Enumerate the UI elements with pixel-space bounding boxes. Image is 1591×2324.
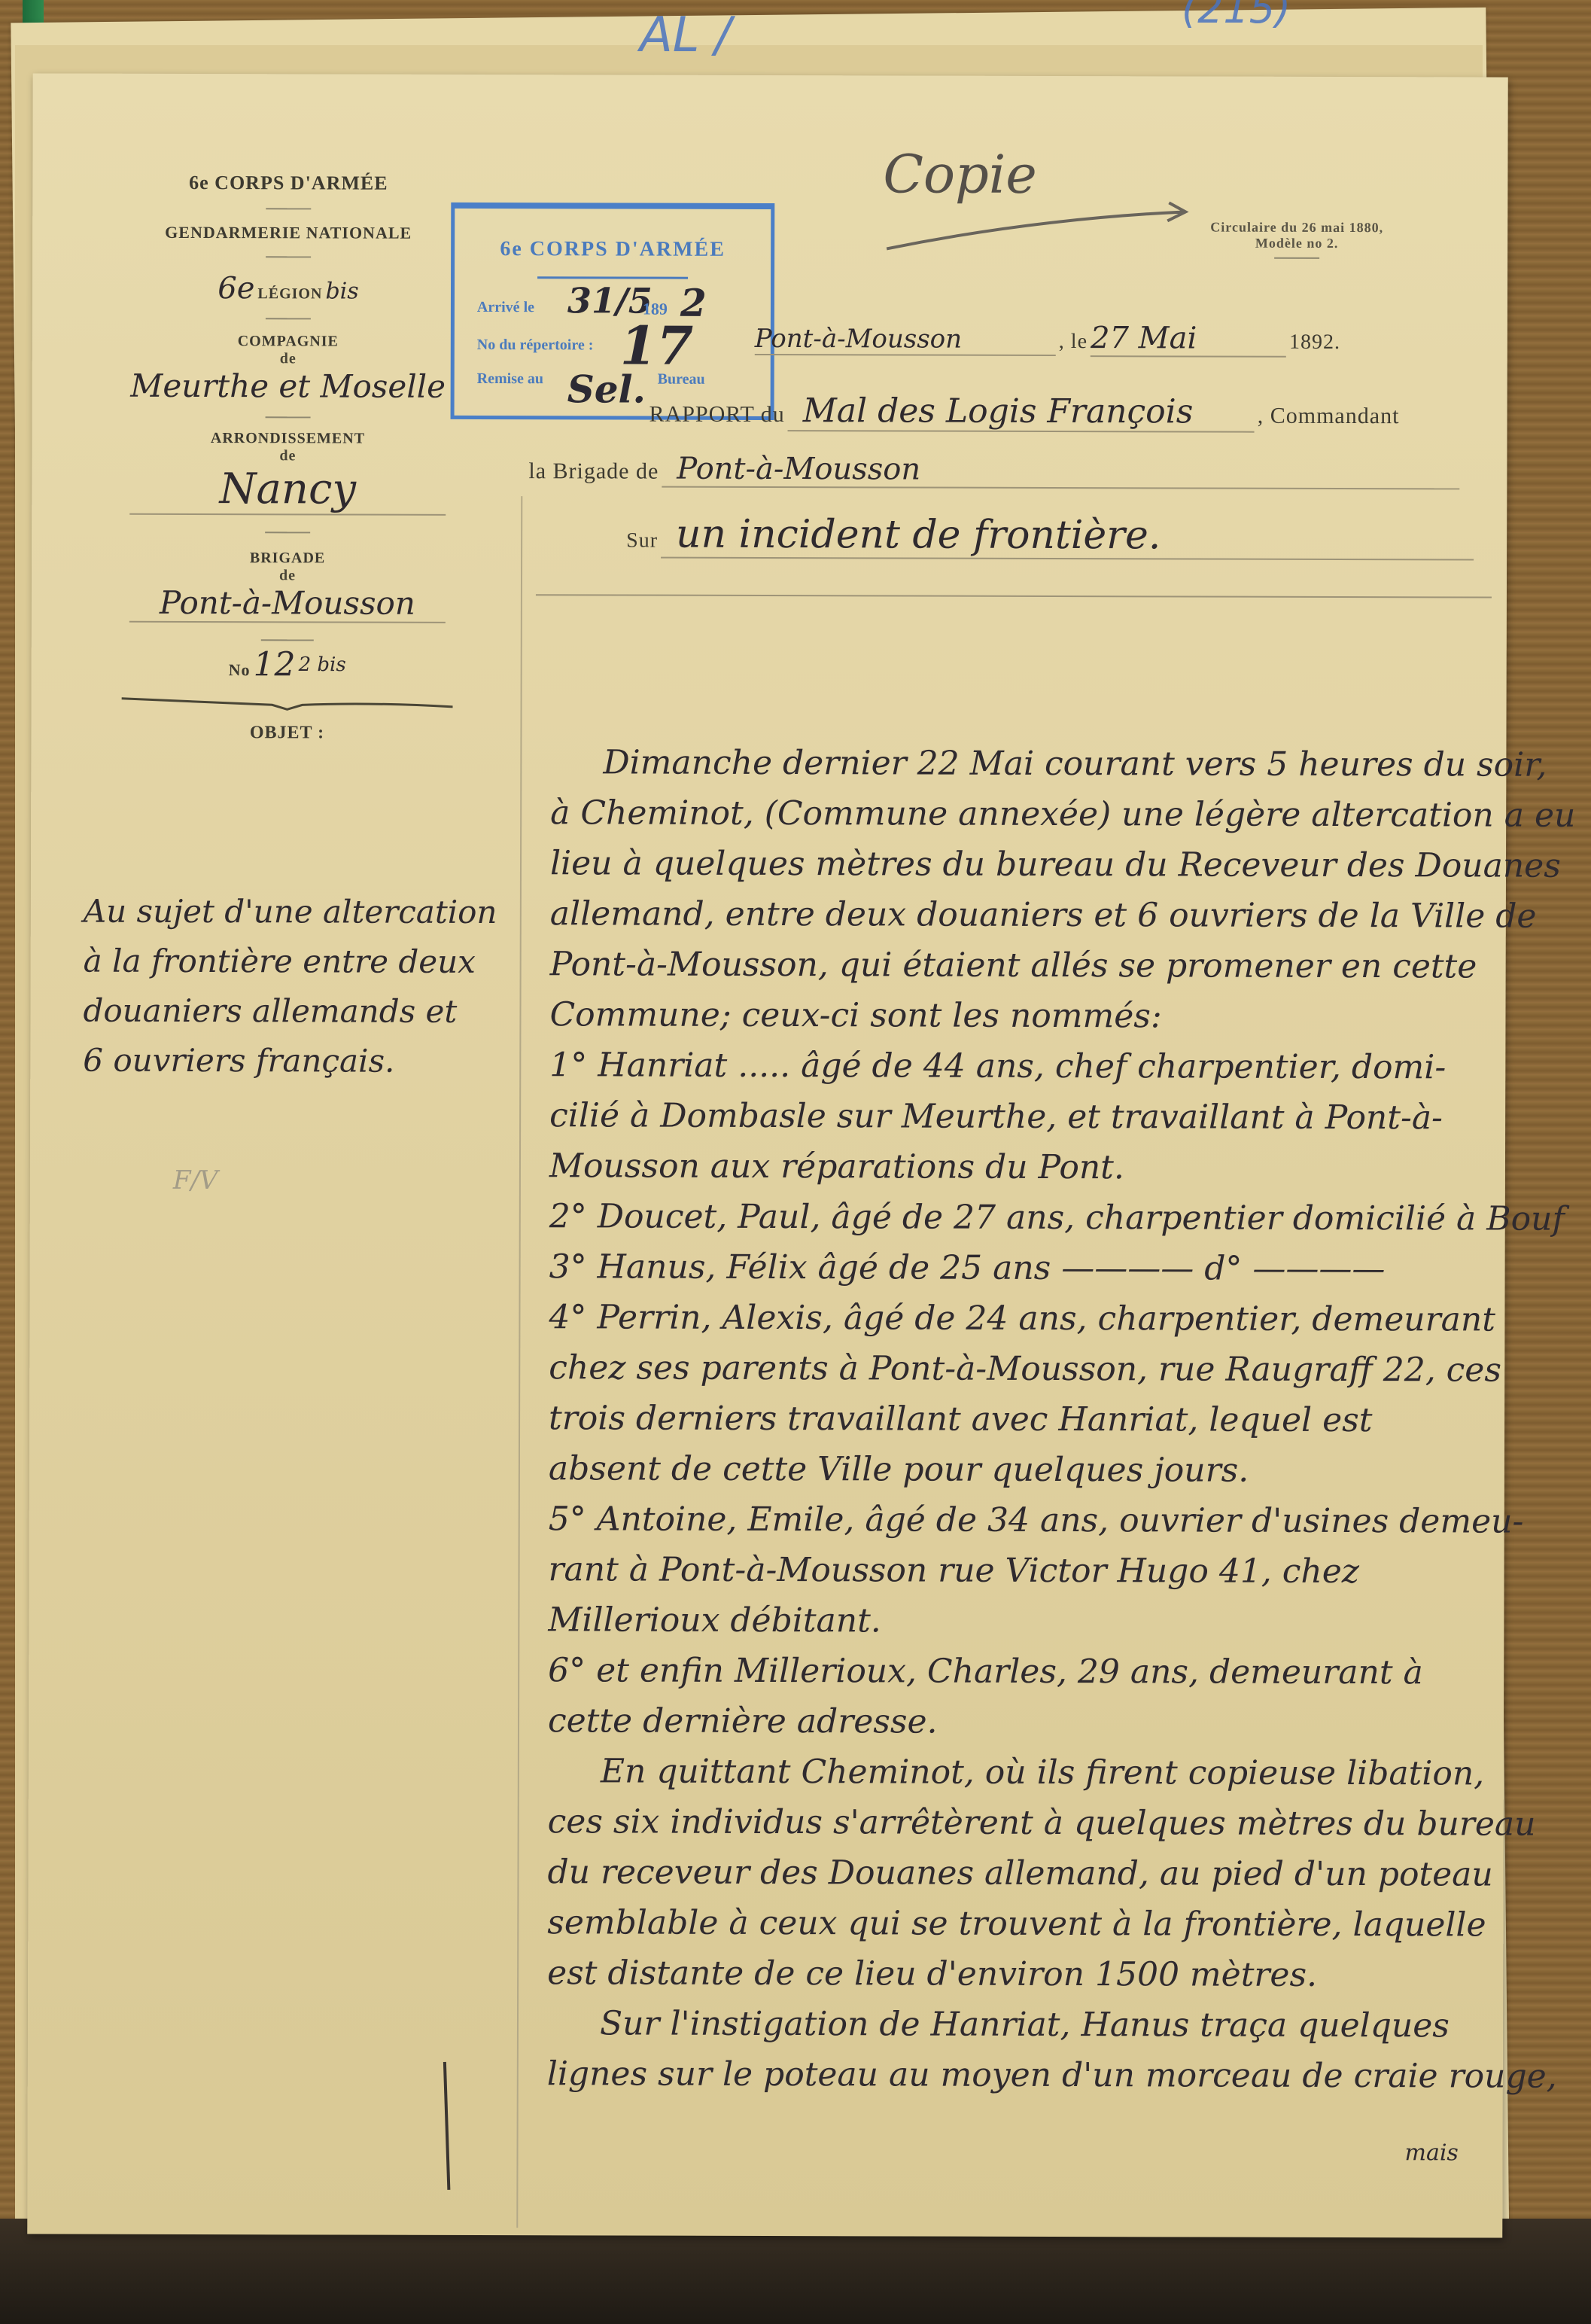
place-date-row: Pont-à-Mousson , le 27 Mai 1892. <box>755 320 1447 358</box>
stamp-remise-value: Sel. <box>567 367 646 411</box>
body-line: du receveur des Douanes allemand, au pie… <box>547 1847 1518 1899</box>
body-line: lignes sur le poteau au moyen d'un morce… <box>547 2048 1518 2101</box>
body-line: 4° Perrin, Alexis, âgé de 24 ans, charpe… <box>549 1292 1520 1345</box>
commandant-label: , Commandant <box>1258 404 1400 428</box>
compagnie-de: de <box>78 350 499 368</box>
divider <box>266 416 311 418</box>
blank-rule <box>536 594 1492 598</box>
arrondissement-label: ARRONDISSEMENT <box>77 430 498 448</box>
rapport-author: Mal des Logis François <box>788 391 1255 433</box>
circular-rule <box>1274 257 1319 259</box>
brigade-value: Pont-à-Mousson <box>129 584 446 623</box>
rapport-label: RAPPORT du <box>649 402 785 427</box>
corps-label: 6e CORPS D'ARMÉE <box>78 172 499 195</box>
brigade-row: la Brigade de Pont-à-Mousson <box>528 451 1492 489</box>
body-line: 5° Antoine, Emile, âgé de 34 ans, ouvrie… <box>549 1494 1520 1546</box>
divider <box>266 318 311 319</box>
body-line: En quittant Cheminot, où ils firent copi… <box>548 1746 1519 1799</box>
divider <box>261 639 314 641</box>
arrondissement-value: Nancy <box>129 464 446 516</box>
report-sheet: Copie Circulaire du 26 mai 1880, Modèle … <box>27 73 1508 2237</box>
body-line: Dimanche dernier 22 Mai courant vers 5 h… <box>550 737 1521 790</box>
number-suffix: 2 bis <box>299 653 346 676</box>
body-line: Commune; ceux-ci sont les nommés: <box>549 989 1520 1042</box>
blue-pencil-mark-right: (215) <box>1182 0 1291 32</box>
objet-label: OBJET : <box>76 723 497 744</box>
place-value: Pont-à-Mousson <box>755 324 1056 356</box>
body-line: trois derniers travaillant avec Hanriat,… <box>549 1393 1520 1445</box>
number-value: 12 <box>254 645 296 684</box>
rapport-subject: un incident de frontière. <box>661 512 1474 561</box>
brigade-label: BRIGADE <box>77 550 498 568</box>
margin-rule <box>516 496 522 2228</box>
legion-prefix: 6e <box>218 271 254 306</box>
legion-row: 6e LÉGION bis <box>78 271 499 311</box>
divider <box>266 256 311 257</box>
stamp-arrive-label: Arrivé le <box>477 299 534 316</box>
rapport-brigade-value: Pont-à-Mousson <box>662 452 1459 490</box>
objet-text: Au sujet d'une altercation à la frontièr… <box>83 887 520 1087</box>
catchword: mais <box>1404 2140 1458 2166</box>
objet-line: Au sujet d'une altercation <box>84 887 520 938</box>
rapport-brigade-label: la Brigade de <box>528 458 659 483</box>
divider <box>265 532 310 533</box>
number-label: No <box>229 660 251 679</box>
gendarmerie-label: GENDARMERIE NATIONALE <box>78 223 499 243</box>
sur-label: Sur <box>626 529 658 553</box>
body-line: Mousson aux réparations du Pont. <box>549 1141 1520 1193</box>
stamp-repertoire-label: No du répertoire : <box>477 337 594 354</box>
number-row: No 12 2 bis <box>77 645 498 684</box>
report-body: Dimanche dernier 22 Mai courant vers 5 h… <box>547 737 1522 2101</box>
body-line: 2° Doucet, Paul, âgé de 27 ans, charpent… <box>549 1191 1520 1244</box>
header-left: 6e CORPS D'ARMÉE GENDARMERIE NATIONALE 6… <box>76 172 499 744</box>
brigade-de: de <box>77 567 498 585</box>
stamp-bureau-label: Bureau <box>658 371 705 388</box>
legion-label: LÉGION <box>257 285 322 302</box>
margin-pencil-stroke <box>443 2062 450 2190</box>
legion-suffix: bis <box>325 278 358 304</box>
reception-stamp: 6e CORPS D'ARMÉE Arrivé le 31/5 189 2 No… <box>451 203 775 420</box>
body-line: cette dernière adresse. <box>548 1695 1519 1748</box>
date-value: 27 Mai <box>1091 321 1286 358</box>
subject-row: Sur un incident de frontière. <box>626 512 1492 561</box>
body-line: allemand, entre deux douaniers et 6 ouvr… <box>550 888 1521 941</box>
compagnie-value: Meurthe et Moselle <box>78 367 499 405</box>
stamp-rule <box>537 276 688 279</box>
body-line: 1° Hanriat ..... âgé de 44 ans, chef cha… <box>549 1040 1520 1092</box>
body-line: cilié à Dombasle sur Meurthe, et travail… <box>549 1090 1520 1143</box>
body-line: Sur l'instigation de Hanriat, Hanus traç… <box>547 1998 1518 2051</box>
body-line: 3° Hanus, Félix âgé de 25 ans ———— d° ——… <box>549 1241 1520 1294</box>
circular-line-2: Modèle no 2. <box>1176 235 1417 251</box>
objet-line: douaniers allemands et <box>83 986 519 1037</box>
rapport-row: RAPPORT du Mal des Logis François , Comm… <box>649 391 1492 434</box>
body-line: 6° et enfin Millerioux, Charles, 29 ans,… <box>548 1645 1519 1698</box>
body-line: Pont-à-Mousson, qui étaient allés se pro… <box>550 939 1521 991</box>
body-line: à Cheminot, (Commune annexée) une légère… <box>550 787 1521 840</box>
copy-arrow-icon <box>883 196 1199 257</box>
arrondissement-de: de <box>77 447 498 465</box>
objet-line: à la frontière entre deux <box>84 937 520 988</box>
date-year: 1892. <box>1289 330 1340 354</box>
stamp-remise-label: Remise au <box>477 370 543 388</box>
compagnie-label: COMPAGNIE <box>78 333 499 351</box>
body-line: lieu à quelques mètres du bureau du Rece… <box>550 838 1521 891</box>
margin-pencil-note: F/V <box>173 1165 218 1196</box>
divider <box>266 208 311 209</box>
body-line: absent de cette Ville pour quelques jour… <box>549 1443 1520 1496</box>
body-line: Millerioux débitant. <box>548 1595 1519 1647</box>
body-line: semblable à ceux qui se trouvent à la fr… <box>547 1897 1518 1950</box>
blue-pencil-mark-left: AL / <box>640 8 731 63</box>
date-le: , le <box>1059 330 1088 353</box>
body-line: est distante de ce lieu d'environ 1500 m… <box>547 1948 1518 2000</box>
body-line: chez ses parents à Pont-à-Mousson, rue R… <box>549 1342 1520 1395</box>
circular-line-1: Circulaire du 26 mai 1880, <box>1176 219 1417 236</box>
ornamental-rule <box>122 690 453 713</box>
body-line: rant à Pont-à-Mousson rue Victor Hugo 41… <box>548 1544 1519 1597</box>
body-line: ces six individus s'arrêtèrent à quelque… <box>548 1796 1519 1849</box>
objet-line: 6 ouvriers français. <box>83 1036 519 1087</box>
stamp-title: 6e CORPS D'ARMÉE <box>455 237 771 262</box>
